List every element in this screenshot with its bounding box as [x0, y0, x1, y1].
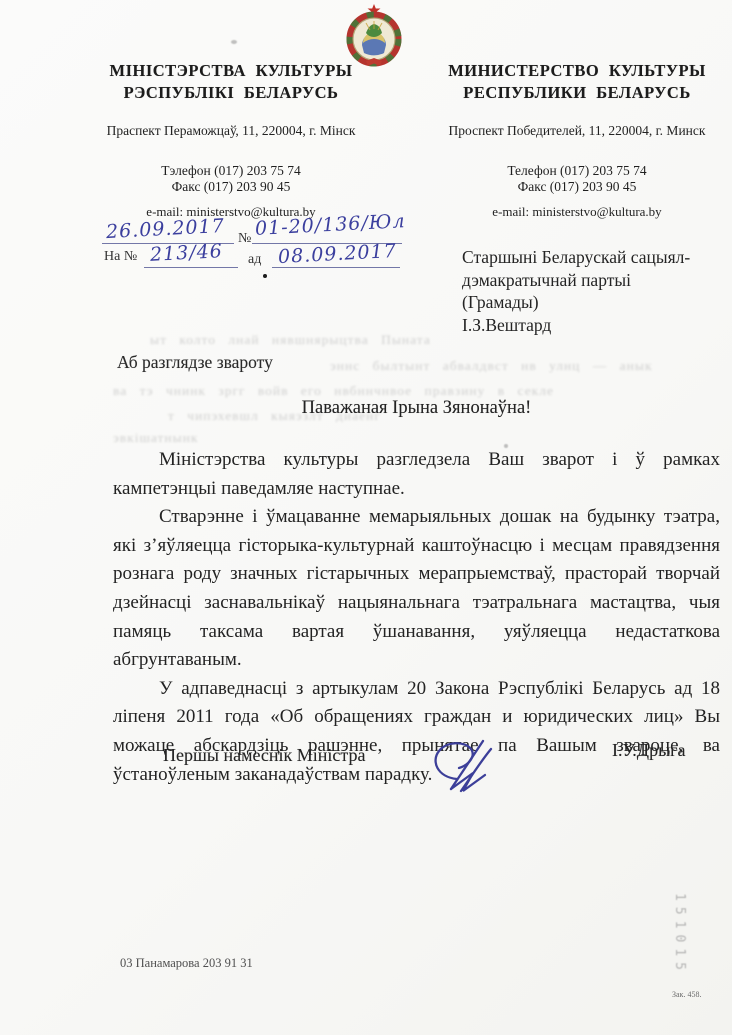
recipient-line: дэмакратычнай партыі	[462, 269, 717, 292]
org-name-ru-line1: МИНИСТЕРСТВО КУЛЬТУРЫ	[412, 60, 732, 81]
fax-ru: Факс (017) 203 90 45	[412, 179, 732, 195]
ink-dot-artifact	[263, 274, 267, 278]
executor-phone-note: 03 Панамарова 203 91 31	[120, 956, 253, 971]
fax-by: Факс (017) 203 90 45	[66, 179, 396, 195]
bleedthrough-text: ва тэ чнинк зргг войв его нвбннчнвое пра…	[113, 383, 554, 398]
scanned-letter-page: МІНІСТЭРСТВА КУЛЬТУРЫ РЭСПУБЛІКІ БЕЛАРУС…	[0, 0, 732, 1035]
phone-by: Тэлефон (017) 203 75 74	[66, 163, 396, 179]
scan-speck-artifact	[231, 40, 237, 44]
body-paragraph: Міністэрства культуры разгледзела Ваш зв…	[113, 446, 720, 503]
recipient-line: (Грамады)	[462, 291, 717, 314]
org-name-by-line1: МІНІСТЭРСТВА КУЛЬТУРЫ	[66, 60, 396, 81]
recipient-line: І.З.Вештард	[462, 314, 717, 337]
email-ru: e-mail: ministerstvo@kultura.by	[412, 204, 732, 220]
belarus-coat-of-arms-icon	[344, 3, 404, 67]
recipient-line: Старшыні Беларускай сацыял-	[462, 246, 717, 269]
phone-ru: Телефон (017) 203 75 74	[412, 163, 732, 179]
body-paragraph: Стварэнне і ўмацаванне мемарыяльных доша…	[113, 503, 720, 675]
address-ru: Проспект Победителей, 11, 220004, г. Мин…	[412, 123, 732, 139]
signer-position-title: Першы намеснік Міністра	[163, 745, 365, 766]
org-name-ru-line2: РЕСПУБЛИКИ БЕЛАРУСЬ	[412, 82, 732, 103]
form-line	[272, 267, 400, 268]
signer-name: І.У.Дрыга	[612, 740, 686, 761]
recipient-block: Старшыні Беларускай сацыял- дэмакратычна…	[462, 246, 717, 336]
bleedthrough-text: эннс былтынт абвалдвст нв улнц — анык	[330, 358, 653, 373]
salutation: Паважаная Ірына Зянонаўна!	[113, 398, 720, 419]
ad-label: ад	[248, 252, 261, 268]
bleedthrough-text: ыт колто лнай нявшнярыцтва Пыната	[150, 332, 431, 347]
print-order-note: Зак. 458.	[672, 990, 701, 999]
letter-body: Міністэрства культуры разгледзела Ваш зв…	[113, 446, 720, 789]
handwritten-signature-icon	[423, 733, 513, 803]
bleedthrough-text: эвкішатнынк	[113, 430, 199, 445]
incoming-date-handwritten: 08.09.2017	[278, 240, 398, 268]
form-line	[144, 267, 238, 268]
na-label: На №	[104, 249, 137, 265]
scan-speck-artifact	[504, 444, 508, 448]
subject-line: Аб разглядзе звароту	[117, 352, 273, 373]
org-name-by-line2: РЭСПУБЛІКІ БЕЛАРУСЬ	[66, 82, 396, 103]
no-label: №	[238, 231, 251, 247]
body-paragraph: У адпаведнасці з артыкулам 20 Закона Рэс…	[113, 675, 720, 789]
address-by: Праспект Пераможцаў, 11, 220004, г. Мінс…	[66, 123, 396, 139]
incoming-number-handwritten: 213/46	[149, 240, 223, 266]
vertical-registration-stamp: 151015	[672, 893, 687, 983]
